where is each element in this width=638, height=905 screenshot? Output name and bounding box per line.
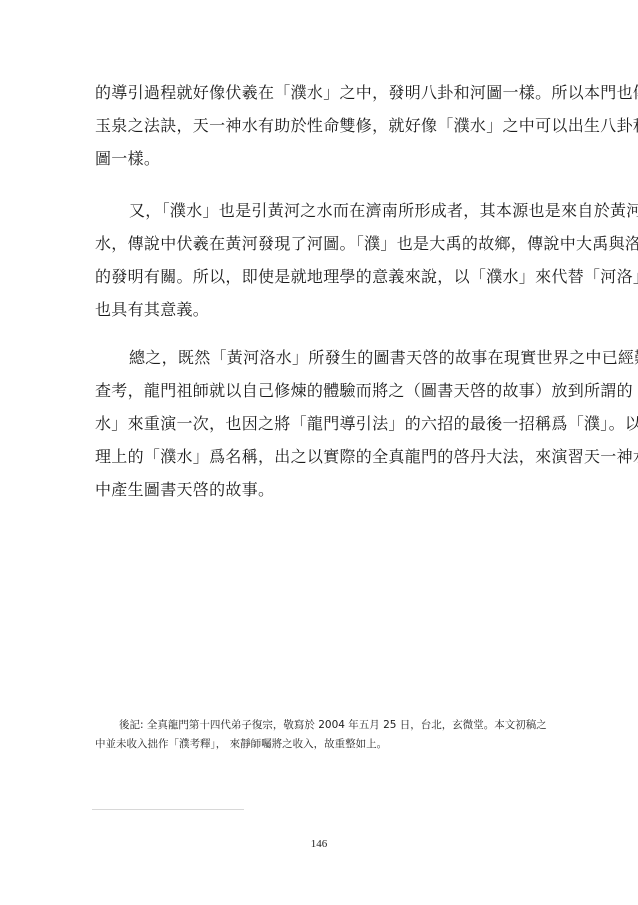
- text-line: 水，傳說中伏羲在黃河發現了河圖。「濮」也是大禹的故鄉，傳說中大禹與洛書: [95, 227, 547, 260]
- paragraph-3: 總之，既然「黃河洛水」所發生的圖書天啓的故事在現實世界之中已經難以 查考，龍門祖…: [95, 341, 547, 506]
- footnote-separator: [92, 809, 244, 810]
- text-line: 又，「濮水」也是引黃河之水而在濟南所形成者，其本源也是來自於黃河之: [95, 194, 547, 227]
- text-line: 中產生圖書天啓的故事。: [95, 473, 547, 506]
- text-line: 的發明有關。所以，即使是就地理學的意義來說，以「濮水」來代替「河洛」，: [95, 260, 547, 293]
- paragraph-2: 又，「濮水」也是引黃河之水而在濟南所形成者，其本源也是來自於黃河之 水，傳說中伏…: [95, 194, 547, 326]
- text-line: 玉泉之法訣，天一神水有助於性命雙修，就好像「濮水」之中可以出生八卦和河: [95, 109, 547, 142]
- text-line: 查考，龍門祖師就以自己修煉的體驗而將之（圖書天啓的故事）放到所謂的「濮: [95, 374, 547, 407]
- note-line: 後記: 全真龍門第十四代弟子復宗，敬寫於 2004 年五月 25 日，台北，玄微…: [95, 716, 547, 735]
- text-line: 理上的「濮水」爲名稱，出之以實際的全真龍門的啓丹大法，來演習天一神水之: [95, 440, 547, 473]
- text-line: 水」來重演一次，也因之將「龍門導引法」的六招的最後一招稱爲「濮」。以地: [95, 407, 547, 440]
- paragraph-1: 的導引過程就好像伏羲在「濮水」之中，發明八卦和河圖一樣。所以本門也傳有 玉泉之法…: [95, 76, 547, 175]
- text-line: 總之，既然「黃河洛水」所發生的圖書天啓的故事在現實世界之中已經難以: [95, 341, 547, 374]
- text-line: 圖一樣。: [95, 142, 547, 175]
- document-page: 的導引過程就好像伏羲在「濮水」之中，發明八卦和河圖一樣。所以本門也傳有 玉泉之法…: [0, 0, 638, 905]
- note-line: 中並未收入拙作「濮考釋」， 來靜師囑將之收入，故重整如上。: [95, 735, 547, 754]
- page-number: 146: [0, 838, 638, 850]
- postscript-note: 後記: 全真龍門第十四代弟子復宗，敬寫於 2004 年五月 25 日，台北，玄微…: [95, 716, 547, 754]
- text-line: 也具有其意義。: [95, 293, 547, 326]
- text-line: 的導引過程就好像伏羲在「濮水」之中，發明八卦和河圖一樣。所以本門也傳有: [95, 76, 547, 109]
